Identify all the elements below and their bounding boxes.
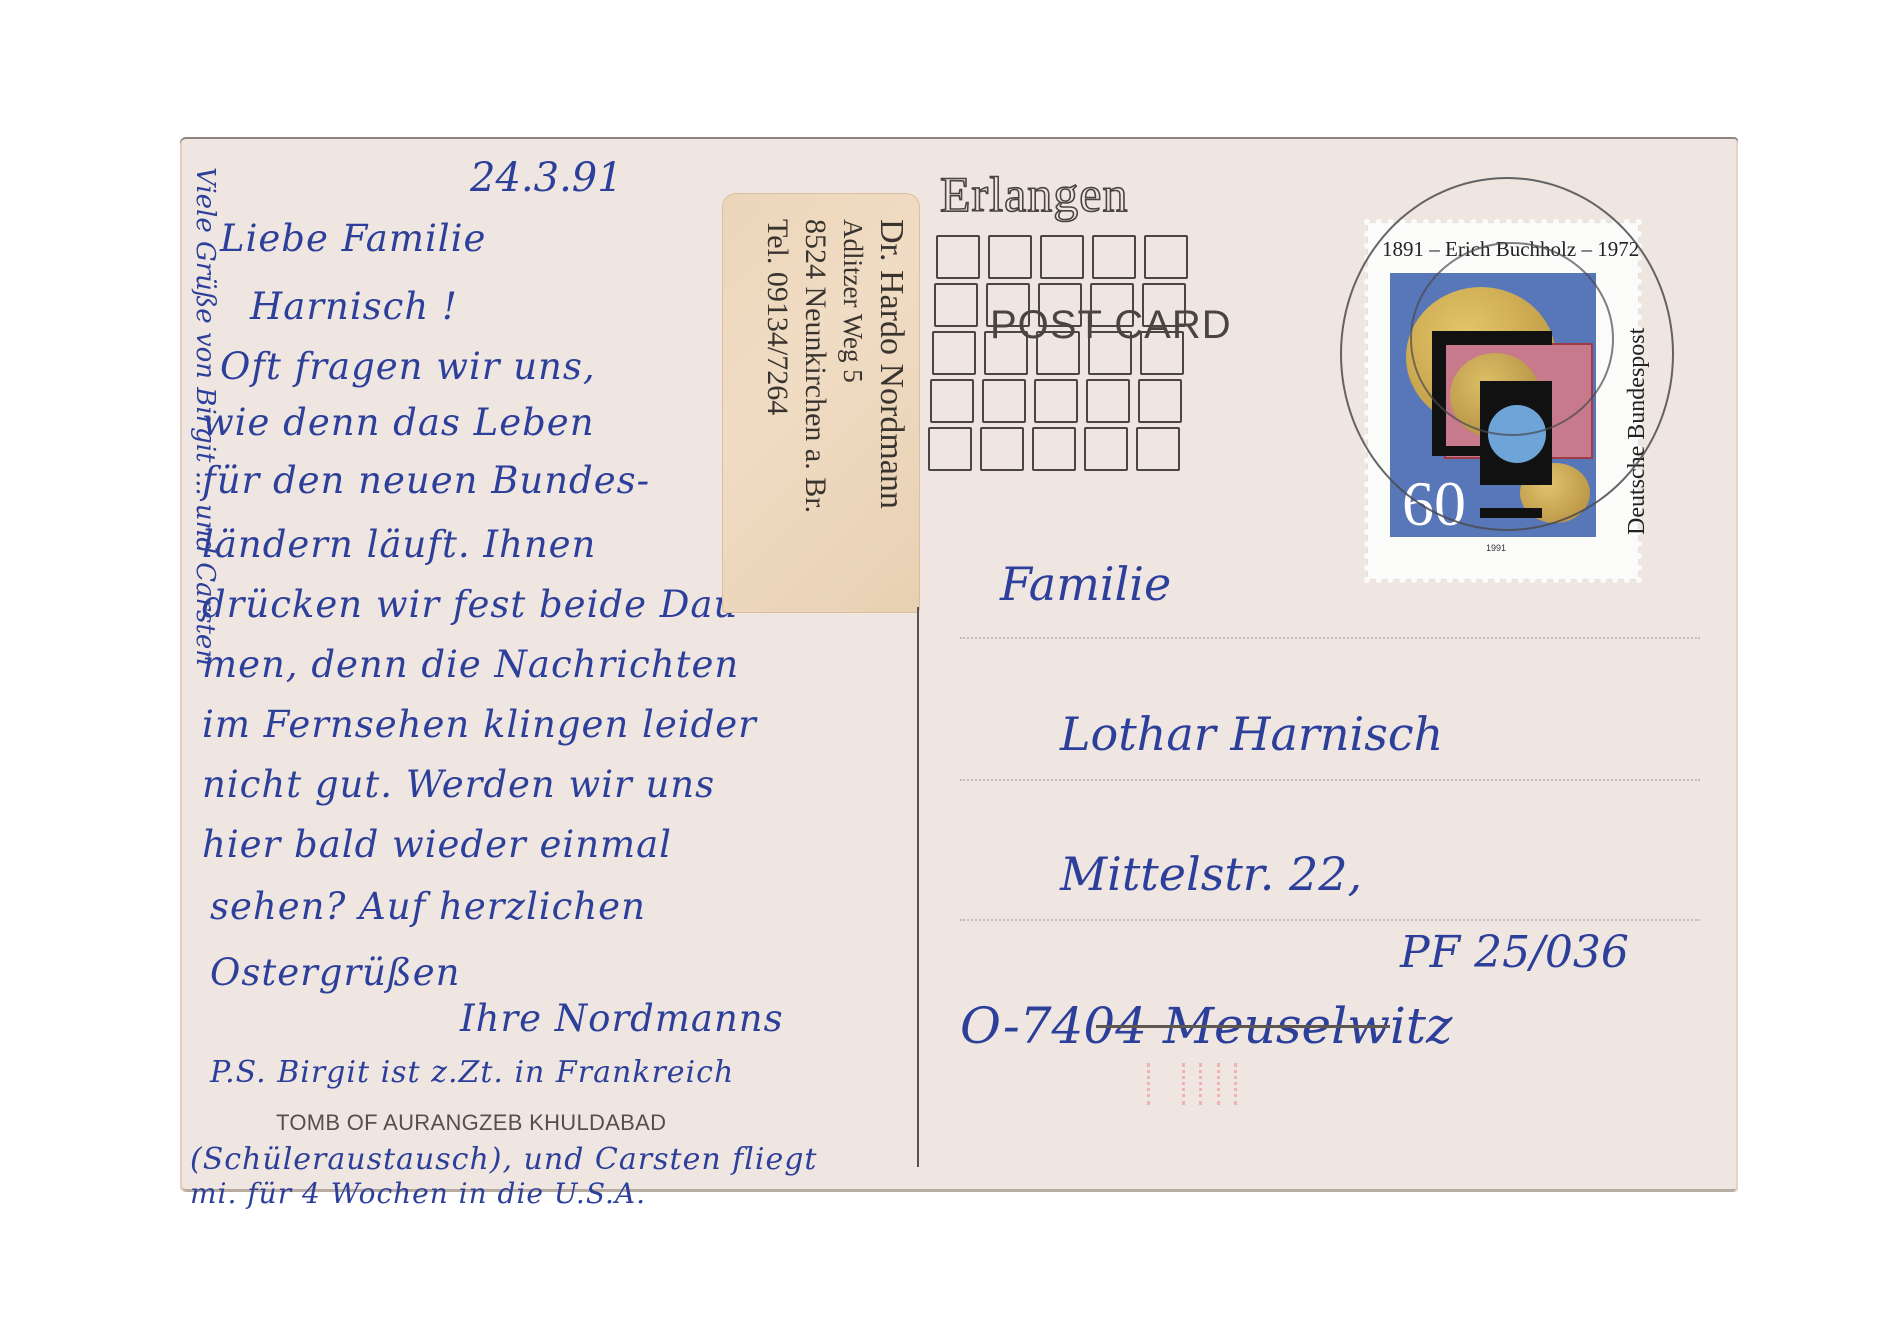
message-line: sehen? Auf herzlichen <box>210 885 646 928</box>
cancellation-grid-cell <box>932 331 976 375</box>
sender-address-label: Dr. Hardo Nordmann Adlitzer Weg 5 8524 N… <box>722 193 920 613</box>
recipient-street: Mittelstr. 22, <box>1060 847 1362 901</box>
cancellation-grid-cell <box>982 379 1026 423</box>
sender-city: 8524 Neunkirchen a. Br. <box>796 219 834 513</box>
address-rule <box>960 779 1700 781</box>
cancellation-grid-cell <box>934 283 978 327</box>
post-card-label: POST CARD <box>990 303 1232 348</box>
cancellation-grid-cell <box>1034 379 1078 423</box>
postmark-inner-ring <box>1410 242 1614 436</box>
cancellation-grid-cell <box>980 427 1024 471</box>
message-line: Oft fragen wir uns, <box>220 345 596 388</box>
cancellation-grid-cell <box>930 379 974 423</box>
message-line: für den neuen Bundes- <box>202 459 650 502</box>
sender-name: Dr. Hardo Nordmann <box>872 219 910 513</box>
cancellation-grid-cell <box>1086 379 1130 423</box>
message-ps: (Schüleraustausch), und Carsten fliegt <box>190 1142 817 1177</box>
message-line: Harnisch ! <box>250 285 458 328</box>
cancellation-grid-cell <box>1136 427 1180 471</box>
sender-phone: Tel. 09134/7264 <box>758 219 796 513</box>
cancellation-town: Erlangen <box>940 165 1128 223</box>
cancellation-grid-cell <box>936 235 980 279</box>
message-ps: mi. für 4 Wochen in die U.S.A. <box>190 1177 646 1210</box>
message-date: 24.3.91 <box>470 155 623 201</box>
message-line: ländern läuft. Ihnen <box>202 523 596 566</box>
message-line: im Fernsehen klingen leider <box>202 703 757 746</box>
cancellation-grid-cell <box>1144 235 1188 279</box>
message-line: hier bald wieder einmal <box>202 823 672 866</box>
cancellation-grid-cell <box>1092 235 1136 279</box>
center-divider <box>917 607 919 1167</box>
postcard: Viele Grüße von Birgit ... und Carsten 2… <box>180 137 1738 1192</box>
message-line: wie denn das Leben <box>202 401 595 444</box>
cancellation-grid-cell <box>1032 427 1076 471</box>
cancellation-grid-cell <box>1040 235 1084 279</box>
sender-street: Adlitzer Weg 5 <box>834 219 872 513</box>
message-line: Liebe Familie <box>220 217 486 260</box>
message-line: drücken wir fest beide Dau- <box>202 583 752 626</box>
cancellation-grid-cell <box>1084 427 1128 471</box>
city-underline <box>1096 1025 1390 1028</box>
recipient-line-1: Familie <box>1000 557 1171 611</box>
photo-caption: TOMB OF AURANGZEB KHULDABAD <box>276 1110 666 1136</box>
address-rule <box>960 637 1700 639</box>
message-line: men, denn die Nachrichten <box>202 643 739 686</box>
cancellation-grid-cell <box>928 427 972 471</box>
address-rule <box>960 919 1700 921</box>
cancellation-grid-cell <box>988 235 1032 279</box>
recipient-pobox: PF 25/036 <box>1400 927 1629 978</box>
message-line: nicht gut. Werden wir uns <box>202 763 715 806</box>
message-ps: P.S. Birgit ist z.Zt. in Frankreich <box>210 1055 734 1090</box>
signature: Ihre Nordmanns <box>460 997 784 1040</box>
recipient-name: Lothar Harnisch <box>1060 707 1443 761</box>
stamp-year: 1991 <box>1486 543 1506 553</box>
cancellation-grid-cell <box>1138 379 1182 423</box>
message-line: Ostergrüßen <box>210 951 460 994</box>
